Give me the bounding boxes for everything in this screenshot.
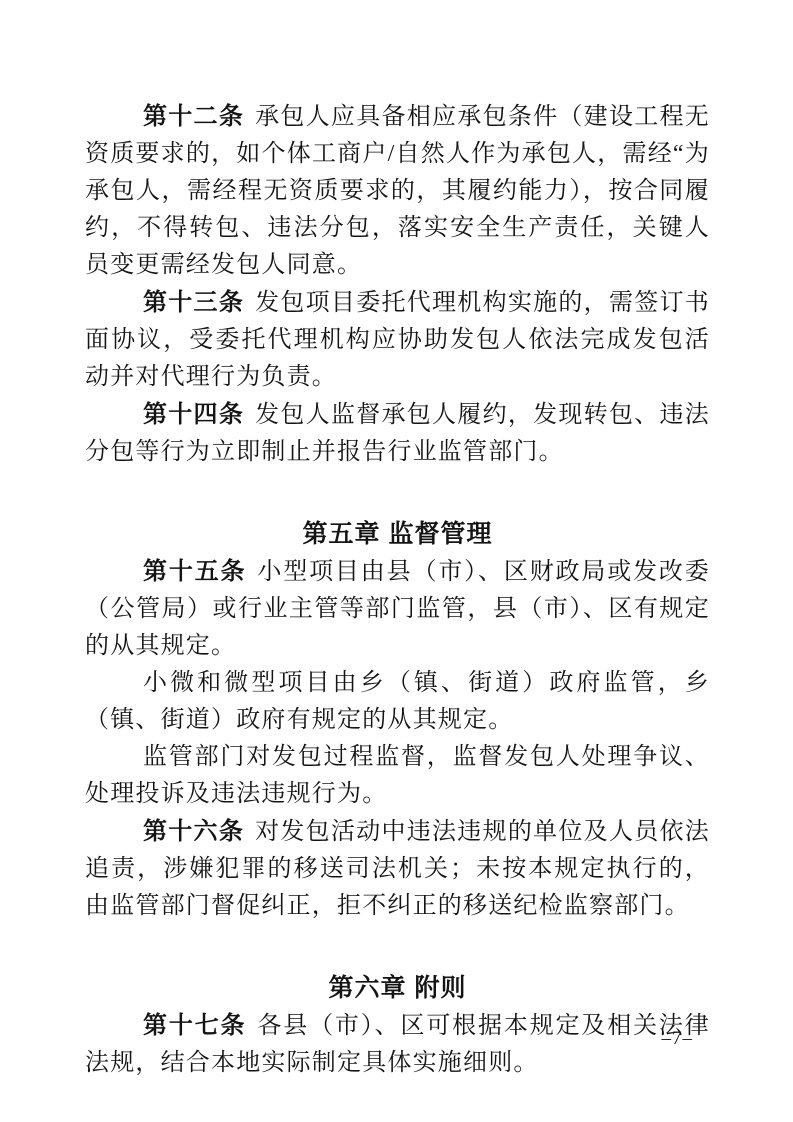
article-17-paragraph: 第十七条各县（市）、区可根据本规定及相关法律法规，结合本地实际制定具体实施细则。 [85,1007,710,1082]
article-15-sub-text-1: 小微和微型项目由乡（镇、街道）政府监管，乡（镇、街道）政府有规定的从其规定。 [85,670,710,733]
document-body: 第十二条承包人应具备相应承包条件（建设工程无资质要求的，如个体工商户/自然人作为… [0,0,793,1082]
chapter-5-heading: 第五章 监督管理 [85,515,710,553]
chapter-6-heading: 第六章 附则 [85,969,710,1007]
page-number: –7– [662,1028,694,1050]
document-page: 第十二条承包人应具备相应承包条件（建设工程无资质要求的，如个体工商户/自然人作为… [0,0,793,1122]
article-15-sub-text-2: 监管部门对发包过程监督，监督发包人处理争议、处理投诉及违法违规行为。 [85,744,710,807]
article-12-number: 第十二条 [143,103,255,130]
article-15-sub-paragraph-2: 监管部门对发包过程监督，监督发包人处理争议、处理投诉及违法违规行为。 [85,739,710,813]
article-17-number: 第十七条 [143,1012,257,1039]
article-14-number: 第十四条 [143,401,255,428]
article-16-paragraph: 第十六条对发包活动中违法违规的单位及人员依法追责，涉嫌犯罪的移送司法机关；未按本… [85,813,710,925]
article-15-paragraph: 第十五条小型项目由县（市）、区财政局或发改委（公管局）或行业主管等部门监管，县（… [85,553,710,665]
article-15-number: 第十五条 [143,558,257,585]
article-13-paragraph: 第十三条发包项目委托代理机构实施的，需签订书面协议，受委托代理机构应协助发包人依… [85,284,710,396]
article-14-paragraph: 第十四条发包人监督承包人履约，发现转包、违法分包等行为立即制止并报告行业监管部门… [85,396,710,471]
article-16-number: 第十六条 [143,818,255,845]
article-12-paragraph: 第十二条承包人应具备相应承包条件（建设工程无资质要求的，如个体工商户/自然人作为… [85,98,710,284]
article-12-text: 承包人应具备相应承包条件（建设工程无资质要求的，如个体工商户/自然人作为承包人，… [85,104,710,278]
article-15-sub-paragraph-1: 小微和微型项目由乡（镇、街道）政府监管，乡（镇、街道）政府有规定的从其规定。 [85,665,710,739]
article-13-number: 第十三条 [143,289,255,316]
